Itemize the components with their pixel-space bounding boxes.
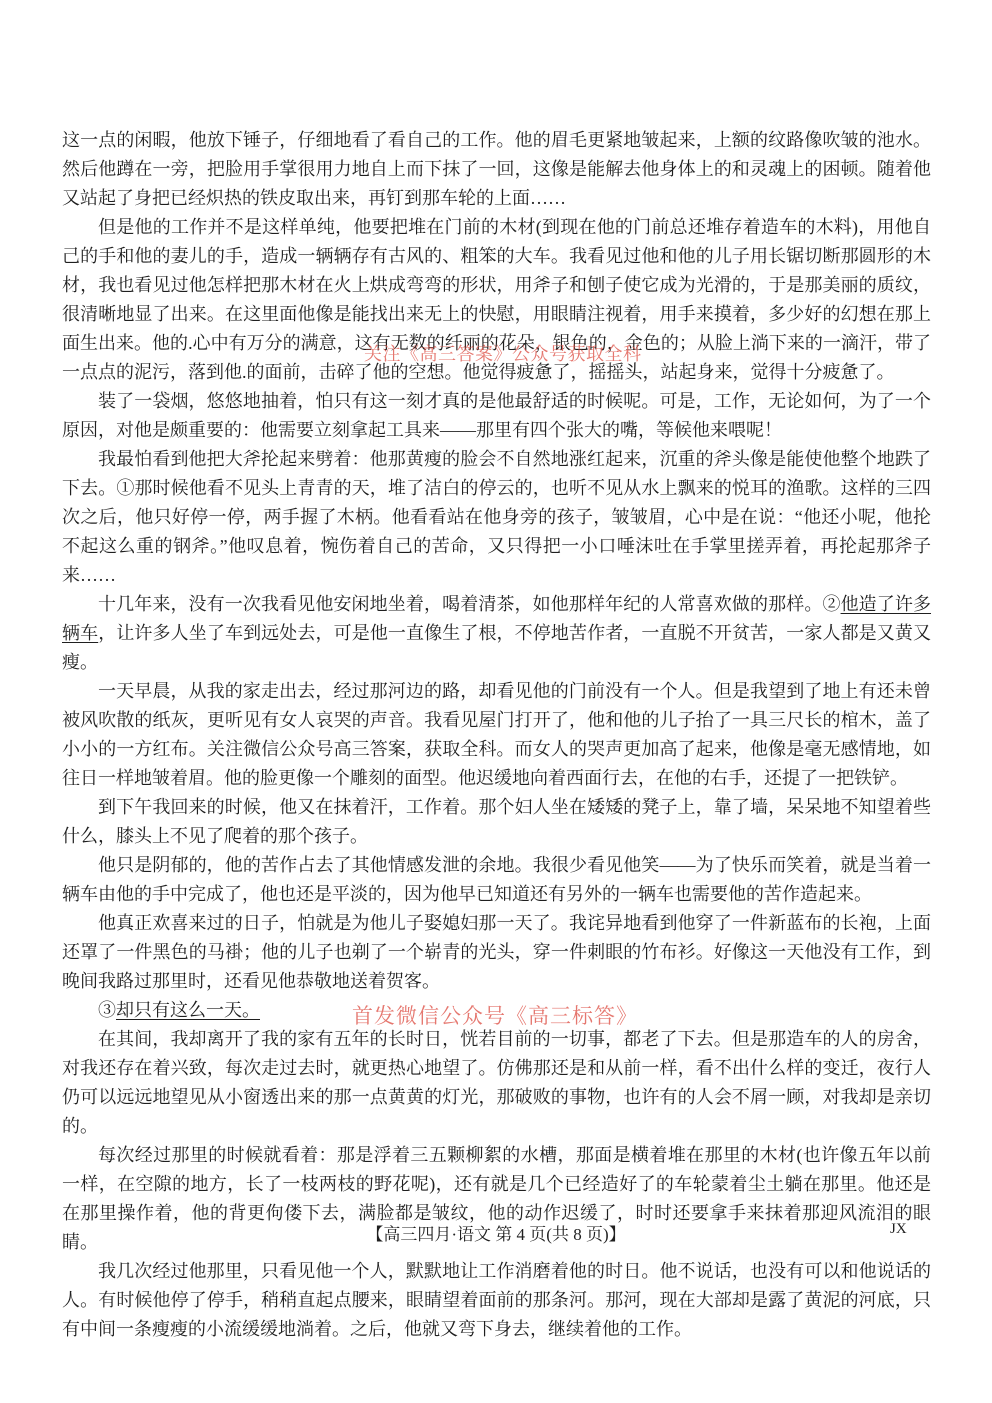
- paragraph: 一天早晨，从我的家走出去，经过那河边的路，却看见他的门前没有一个人。但是我望到了…: [62, 677, 931, 793]
- document-body: 这一点的闲暇，他放下锤子，仔细地看了看自己的工作。他的眉毛更紧地皱起来，上额的纹…: [62, 126, 931, 1344]
- paragraph: 他只是阴郁的，他的苦作占去了其他情感发泄的余地。我很少看见他笑——为了快乐而笑着…: [62, 851, 931, 909]
- paragraph: 装了一袋烟，悠悠地抽着，怕只有这一刻才真的是他最舒适的时候呢。可是，工作，无论如…: [62, 387, 931, 445]
- text-segment: 我最怕看到他把大斧抡起来劈着：他那黄瘦的脸会不自然地涨红起来，沉重的斧头像是能使…: [62, 449, 931, 585]
- text-segment: 我几次经过他那里，只看见他一个人，默默地让工作消磨着他的时日。他不说话，也没有可…: [62, 1261, 931, 1339]
- paragraph: 我几次经过他那里，只看见他一个人，默默地让工作消磨着他的时日。他不说话，也没有可…: [62, 1257, 931, 1344]
- text-segment: 在其间，我却离开了我的家有五年的长时日，恍若目前的一切事，都老了下去。但是那造车…: [62, 1029, 931, 1136]
- text-segment: ，让许多人坐了车到远处去，可是他一直像生了根，不停地苦作者，一直脱不开贫苦，一家…: [62, 623, 931, 672]
- text-segment: 装了一袋烟，悠悠地抽着，怕只有这一刻才真的是他最舒适的时候呢。可是，工作，无论如…: [62, 391, 931, 440]
- paragraph: 十几年来，没有一次我看见他安闲地坐着，喝着清茶，如他那样年纪的人常喜欢做的那样。…: [62, 590, 931, 677]
- paragraph: 他真正欢喜来过的日子，怕就是为他儿子娶媳妇那一天了。我诧异地看到他穿了一件新蓝布…: [62, 909, 931, 996]
- paragraph: 到下午我回来的时候，他又在抹着汗，工作着。那个妇人坐在矮矮的凳子上，靠了墙，呆呆…: [62, 793, 931, 851]
- paragraph: 这一点的闲暇，他放下锤子，仔细地看了看自己的工作。他的眉毛更紧地皱起来，上额的纹…: [62, 126, 931, 213]
- text-segment: 一天早晨，从我的家走出去，经过那河边的路，却看见他的门前没有一个人。但是我望到了…: [62, 681, 931, 788]
- text-segment: 他真正欢喜来过的日子，怕就是为他儿子娶媳妇那一天了。我诧异地看到他穿了一件新蓝布…: [62, 913, 931, 991]
- text-segment: 十几年来，没有一次我看见他安闲地坐着，喝着清茶，如他那样年纪的人常喜欢做的那样。…: [98, 594, 841, 614]
- text-segment: ③: [98, 1000, 116, 1020]
- underlined-sentence: 却只有这么一天。: [116, 1000, 260, 1020]
- text-segment: 但是他的工作并不是这样单纯，他要把堆在门前的木材(到现在他的门前总还堆存着造车的…: [62, 217, 931, 382]
- page-footer: 【高三四月·语文 第 4 页(共 8 页)】 JX: [0, 1220, 992, 1244]
- footer-page-label: 【高三四月·语文 第 4 页(共 8 页)】: [0, 1220, 992, 1245]
- paragraph: 在其间，我却离开了我的家有五年的长时日，恍若目前的一切事，都老了下去。但是那造车…: [62, 1025, 931, 1141]
- footer-code: JX: [890, 1221, 907, 1238]
- text-segment: 到下午我回来的时候，他又在抹着汗，工作着。那个妇人坐在矮矮的凳子上，靠了墙，呆呆…: [62, 797, 931, 846]
- paragraph: ③却只有这么一天。: [62, 996, 931, 1025]
- text-segment: 这一点的闲暇，他放下锤子，仔细地看了看自己的工作。他的眉毛更紧地皱起来，上额的纹…: [62, 130, 931, 208]
- paragraph: 我最怕看到他把大斧抡起来劈着：他那黄瘦的脸会不自然地涨红起来，沉重的斧头像是能使…: [62, 445, 931, 590]
- exam-page: { "page": { "background": "#ffffff", "te…: [0, 0, 992, 1403]
- text-segment: 他只是阴郁的，他的苦作占去了其他情感发泄的余地。我很少看见他笑——为了快乐而笑着…: [62, 855, 931, 904]
- paragraph: 但是他的工作并不是这样单纯，他要把堆在门前的木材(到现在他的门前总还堆存着造车的…: [62, 213, 931, 387]
